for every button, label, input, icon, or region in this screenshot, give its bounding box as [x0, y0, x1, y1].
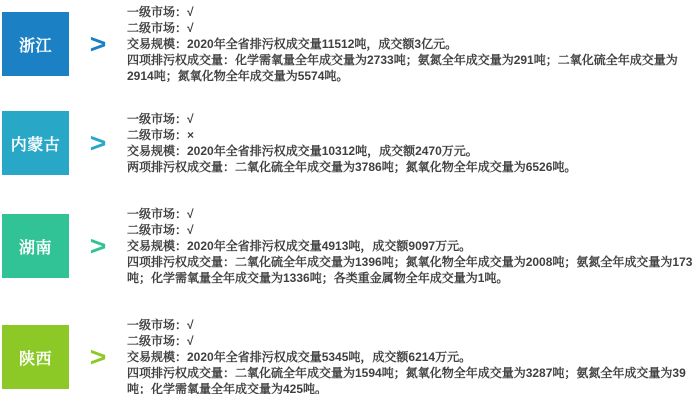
province-badge: 陕西	[2, 325, 69, 389]
secondary-market-line: 二级市场：√	[127, 333, 693, 349]
chevron-right-icon: >	[68, 233, 129, 260]
province-details: 一级市场：√ 二级市场：√ 交易规模：2020年全省排污权成交量4913吨，成交…	[127, 206, 693, 286]
trade-scale-line: 交易规模：2020年全省排污权成交量11512吨，成交额3亿元。	[127, 36, 693, 52]
trade-breakdown-line: 四项排污权成交量：化学需氧量全年成交量为2733吨；氨氮全年成交量为291吨；二…	[127, 52, 693, 84]
trade-breakdown-line: 四项排污权成交量：二氧化硫全年成交量为1594吨；氮氧化物全年成交量为3287吨…	[127, 365, 693, 394]
province-details: 一级市场：√ 二级市场：√ 交易规模：2020年全省排污权成交量11512吨，成…	[127, 4, 693, 84]
province-details: 一级市场：√ 二级市场：√ 交易规模：2020年全省排污权成交量5345吨，成交…	[127, 317, 693, 394]
secondary-market-line: 二级市场：√	[127, 222, 693, 238]
province-badge: 浙江	[2, 12, 69, 76]
chevron-right-icon: >	[68, 31, 129, 58]
province-row-hunan: 湖南 > 一级市场：√ 二级市场：√ 交易规模：2020年全省排污权成交量491…	[0, 206, 693, 286]
province-row-neimenggu: 内蒙古 > 一级市场：√ 二级市场：× 交易规模：2020年全省排污权成交量10…	[0, 111, 693, 175]
chevron-right-icon: >	[68, 344, 129, 371]
province-badge: 内蒙古	[2, 111, 69, 175]
trade-scale-line: 交易规模：2020年全省排污权成交量5345吨，成交额6214万元。	[127, 349, 693, 365]
secondary-market-line: 二级市场：×	[127, 127, 693, 143]
primary-market-line: 一级市场：√	[127, 317, 693, 333]
trade-scale-line: 交易规模：2020年全省排污权成交量4913吨，成交额9097万元。	[127, 238, 693, 254]
province-badge: 湖南	[2, 214, 69, 278]
trade-breakdown-line: 两项排污权成交量：二氧化硫全年成交量为3786吨；氮氧化物全年成交量为6526吨…	[127, 159, 693, 175]
primary-market-line: 一级市场：√	[127, 4, 693, 20]
chevron-right-icon: >	[68, 130, 129, 157]
secondary-market-line: 二级市场：√	[127, 20, 693, 36]
primary-market-line: 一级市场：√	[127, 206, 693, 222]
province-market-infographic: 浙江 > 一级市场：√ 二级市场：√ 交易规模：2020年全省排污权成交量115…	[0, 0, 693, 394]
trade-breakdown-line: 四项排污权成交量：二氧化硫全年成交量为1396吨；氮氧化物全年成交量为2008吨…	[127, 254, 693, 286]
province-row-shaanxi: 陕西 > 一级市场：√ 二级市场：√ 交易规模：2020年全省排污权成交量534…	[0, 317, 693, 394]
province-details: 一级市场：√ 二级市场：× 交易规模：2020年全省排污权成交量10312吨，成…	[127, 111, 693, 175]
province-row-zhejiang: 浙江 > 一级市场：√ 二级市场：√ 交易规模：2020年全省排污权成交量115…	[0, 4, 693, 84]
trade-scale-line: 交易规模：2020年全省排污权成交量10312吨，成交额2470万元。	[127, 143, 693, 159]
primary-market-line: 一级市场：√	[127, 111, 693, 127]
